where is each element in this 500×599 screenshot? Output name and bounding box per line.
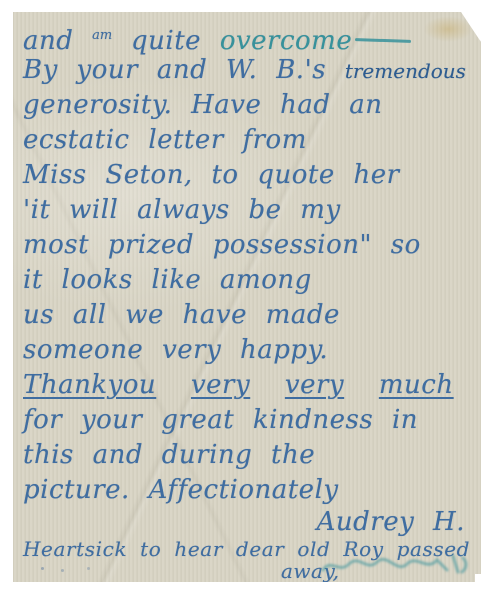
ink-smudge-ghost [321,552,471,578]
letter-line: most prized possession" so [23,228,475,263]
letter-text: much [379,370,454,400]
letter-line: Audrey H. [23,508,475,536]
letter-line: us all we have made [23,298,475,333]
letter-line: Thankyou very very much [23,368,475,403]
letter-text: quite [112,26,220,56]
letter-line: ecstatic letter from [23,123,475,158]
letter-text: am [92,28,112,43]
letter-text: tremendous [345,59,466,83]
letter-line: Miss Seton, to quote her [23,158,475,193]
letter-text: very [285,370,344,400]
letter-text [156,370,191,400]
letter-text: By your and W. B.'s [23,55,345,85]
letter-line: generosity. Have had an [23,88,475,123]
letter-text: ecstatic letter from [23,125,307,155]
letter-text: 'it will always be my [23,195,341,225]
letter-text: and [23,26,92,56]
letter-line: for your great kindness in [23,403,475,438]
letter-text: Miss Seton, to quote her [23,160,400,190]
letter-text: us all we have made [23,300,340,330]
letter-line: it looks like among [23,263,475,298]
letter-text: picture. Affectionately [23,475,339,505]
letter-line: 'it will always be my [23,193,475,228]
letter-text: Audrey H. [317,507,465,537]
letter-text [344,370,379,400]
letter-text: very [191,370,250,400]
letter-line: and am quite overcome [23,18,475,53]
ink-specks [41,567,44,570]
letter-text: Thankyou [23,370,156,400]
letter-text: most prized possession" so [23,230,421,260]
letter-text: for your great kindness in [23,405,418,435]
letter-text: overcome [220,26,411,56]
letter-body: and am quite overcomeBy your and W. B.'s… [23,12,475,582]
letter-text: this and during the [23,440,315,470]
letter-paper: and am quite overcomeBy your and W. B.'s… [13,12,481,582]
letter-line: this and during the [23,438,475,473]
scanned-letter-photo: and am quite overcomeBy your and W. B.'s… [0,0,500,599]
letter-line: someone very happy. [23,333,475,368]
letter-line: picture. Affectionately [23,473,475,508]
letter-line: By your and W. B.'s tremendous [23,53,475,88]
letter-text: it looks like among [23,265,312,295]
letter-text: generosity. Have had an [23,90,383,120]
letter-text [250,370,285,400]
letter-text: someone very happy. [23,335,328,365]
